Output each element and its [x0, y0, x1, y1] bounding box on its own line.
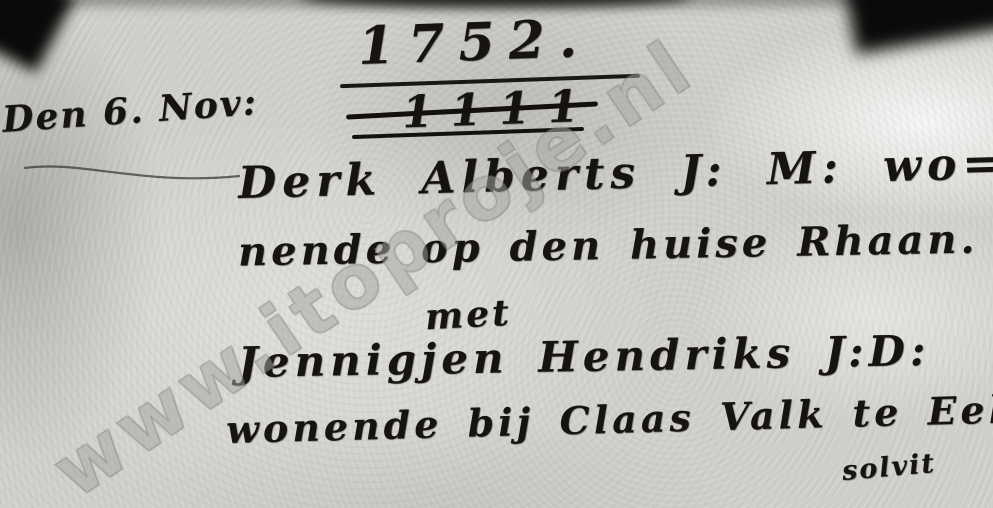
margin-date: Den 6. Nov: — [1, 81, 259, 141]
document-scan: www.itoproje.nl 1752. 1111 Den 6. Nov: D… — [0, 0, 993, 508]
flourish-line — [22, 158, 244, 190]
record-line: Derk Alberts J: M: wo= — [237, 138, 993, 209]
record-line: wonende bij Claas Valk te Eelen — [226, 385, 993, 452]
record-line: Jennigjen Hendriks J:D: — [238, 326, 931, 387]
paper-stain-top-left — [0, 0, 75, 72]
record-line: met — [424, 292, 513, 338]
record-line: nende op den huise Rhaan. — [238, 216, 979, 276]
solvit-note: solvit — [841, 448, 937, 487]
paper-stain-top-right — [844, 0, 993, 54]
year-heading: 1752. — [357, 8, 592, 77]
